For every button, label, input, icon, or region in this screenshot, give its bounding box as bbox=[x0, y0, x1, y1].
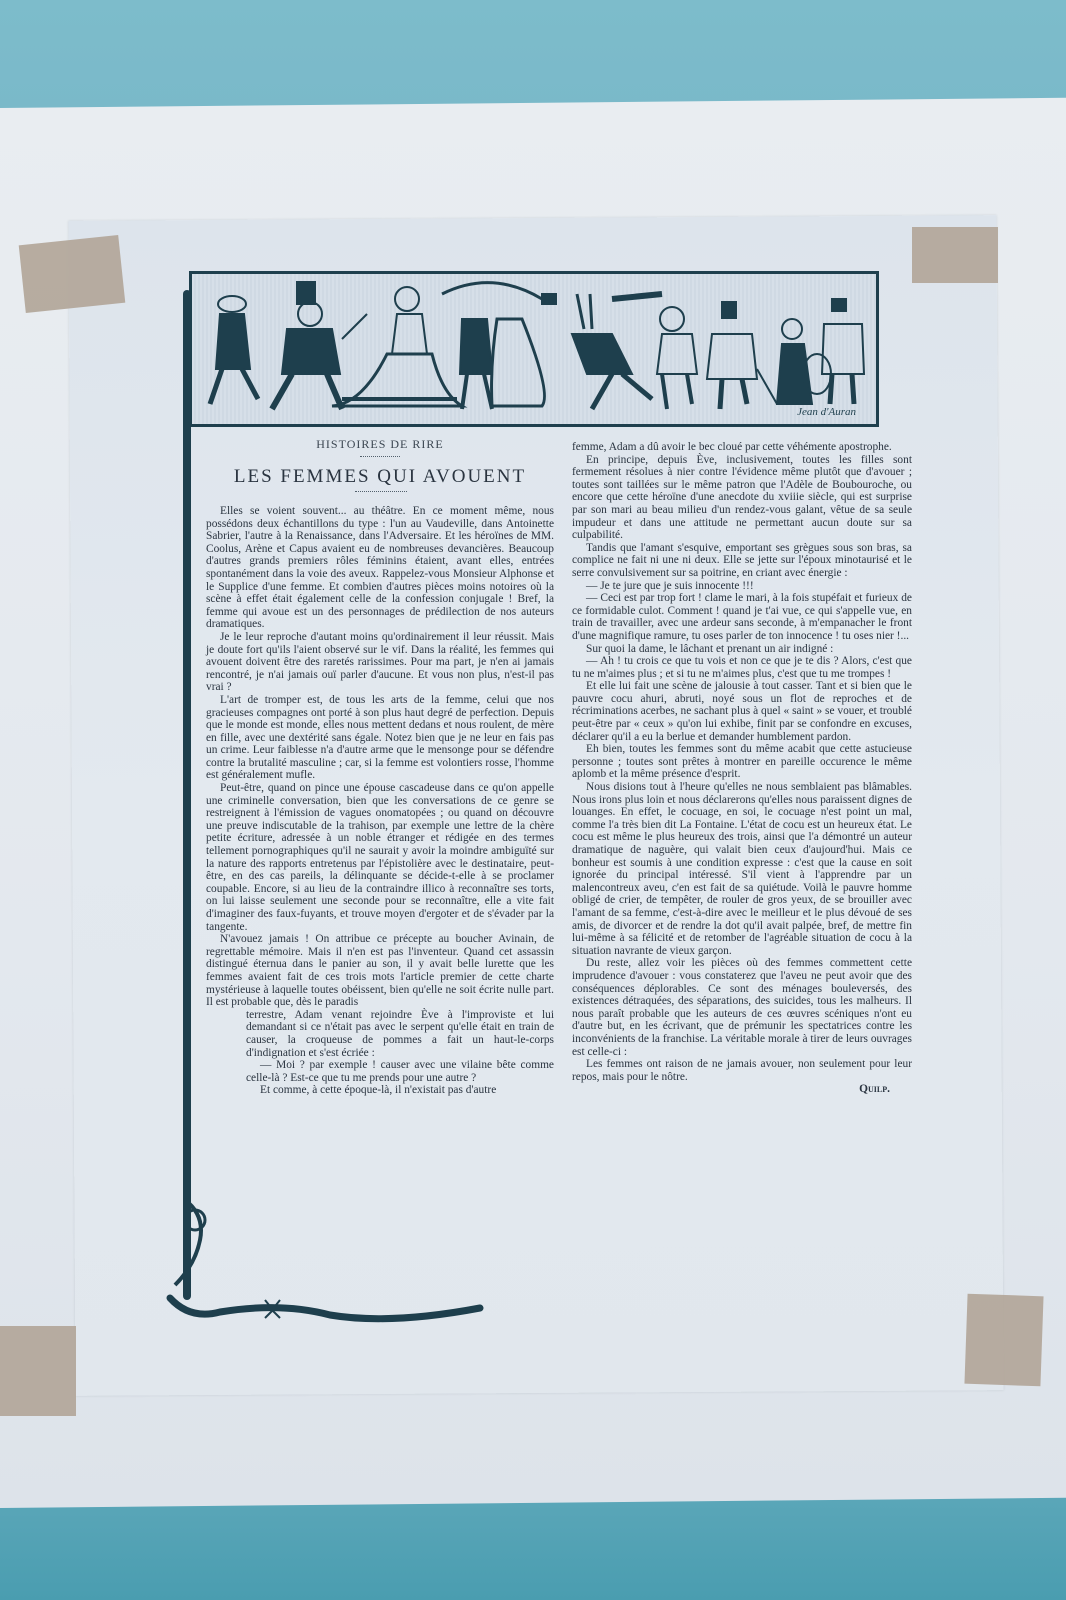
paragraph: Je le leur reproche d'autant moins qu'or… bbox=[206, 631, 554, 694]
paragraph: Et elle lui fait une scène de jalousie à… bbox=[572, 680, 912, 743]
tape-bottom-right bbox=[964, 1294, 1043, 1387]
author-signature: Quilp. bbox=[859, 1083, 912, 1096]
illustrator-signature: Jean d'Auran bbox=[797, 406, 856, 418]
left-text-column: Elles se voient souvent... au théâtre. E… bbox=[206, 505, 554, 1097]
dialogue-line: — Moi ? par exemple ! causer avec une vi… bbox=[246, 1059, 554, 1084]
paragraph: femme, Adam a dû avoir le bec cloué par … bbox=[572, 441, 912, 454]
header-illustration: Jean d'Auran bbox=[189, 271, 879, 427]
article-title: LES FEMMES QUI AVOUENT bbox=[200, 466, 560, 488]
paragraph: terrestre, Adam venant rejoindre Ève à l… bbox=[246, 1009, 554, 1059]
paragraph: Tandis que l'amant s'esquive, emportant … bbox=[572, 542, 912, 580]
paragraph: Et comme, à cette époque-là, il n'exista… bbox=[246, 1084, 554, 1097]
climbing-monkey-icon bbox=[160, 1195, 220, 1295]
paragraph: Nous disions tout à l'heure qu'elles ne … bbox=[572, 781, 912, 957]
indented-block: terrestre, Adam venant rejoindre Ève à l… bbox=[206, 1009, 554, 1097]
dialogue-line: — Ceci est par trop fort ! clame le mari… bbox=[572, 592, 912, 642]
dialogue-line: — Ah ! tu crois ce que tu vois et non ce… bbox=[572, 655, 912, 680]
dialogue-line: — Je te jure que je suis innocente !!! bbox=[572, 580, 912, 593]
paragraph: Peut-être, quand on pince une épouse cas… bbox=[206, 782, 554, 933]
ornament-divider bbox=[360, 452, 400, 457]
tape-top-left bbox=[19, 235, 126, 313]
paragraph: En principe, depuis Ève, inclusivement, … bbox=[572, 454, 912, 542]
paragraph: N'avouez jamais ! On attribue ce précept… bbox=[206, 933, 554, 1009]
vine-flourish-icon bbox=[160, 1290, 490, 1330]
right-text-column: femme, Adam a dû avoir le bec cloué par … bbox=[572, 441, 912, 1096]
ornament-divider bbox=[355, 487, 407, 492]
paragraph: Du reste, allez voir les pièces où des f… bbox=[572, 957, 912, 1058]
decorative-vine-border bbox=[183, 290, 191, 1300]
section-kicker: HISTOIRES DE RIRE bbox=[200, 437, 560, 452]
paragraph: Sur quoi la dame, le lâchant et prenant … bbox=[572, 643, 912, 656]
caricature-figures-icon bbox=[192, 274, 876, 424]
paragraph: L'art de tromper est, de tous les arts d… bbox=[206, 694, 554, 782]
paragraph: Elles se voient souvent... au théâtre. E… bbox=[206, 505, 554, 631]
tape-bottom-left bbox=[0, 1326, 76, 1416]
tape-top-right bbox=[912, 227, 998, 283]
closing-paragraph: Les femmes ont raison de ne jamais avoue… bbox=[572, 1058, 912, 1083]
paragraph: Eh bien, toutes les femmes sont du même … bbox=[572, 743, 912, 781]
